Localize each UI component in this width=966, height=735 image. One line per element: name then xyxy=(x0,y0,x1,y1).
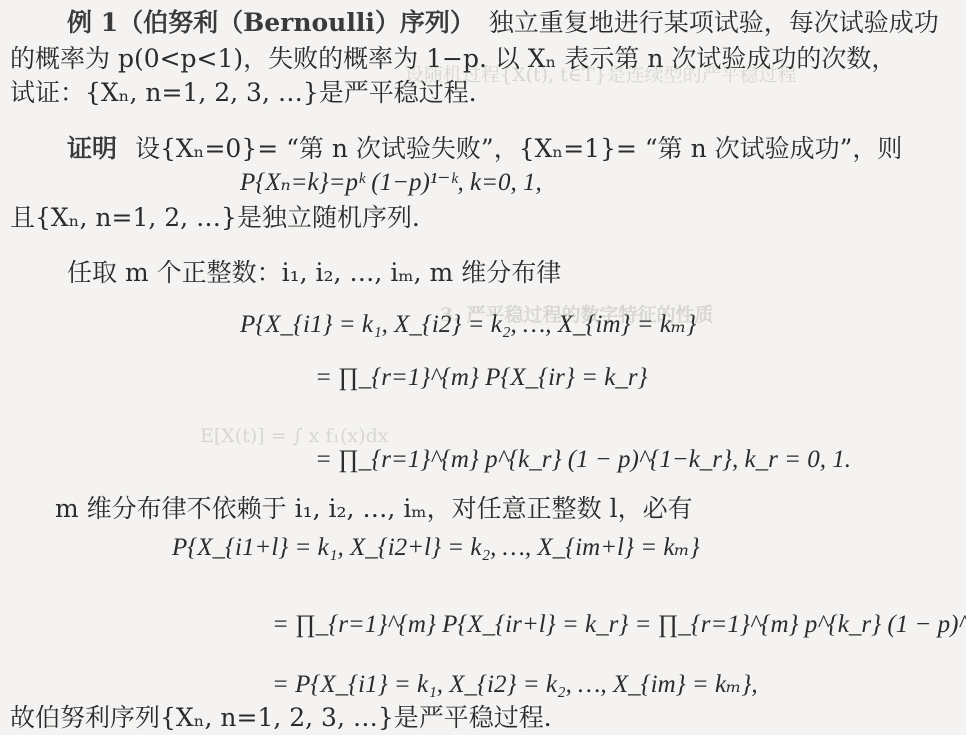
formula-product-2: = ∏_{r=1}^{m} p^{k_r} (1 − p)^{1−k_r}, k… xyxy=(315,445,851,475)
formula-joint-dist: P{X_{i1} = k₁, X_{i2} = k₂, …, X_{im} = … xyxy=(240,310,696,340)
formula-bernoulli-pmf: P{Xₙ=k}=pᵏ (1−p)¹⁻ᵏ, k=0, 1, xyxy=(240,168,542,198)
example-statement: 独立重复地进行某项试验，每次试验成功 xyxy=(489,8,939,37)
proof-line-3: 任取 m 个正整数：i₁, i₂, …, iₘ, m 维分布律 xyxy=(67,258,561,288)
formula-equality: = P{X_{i1} = k₁, X_{i2} = k₂, …, X_{im} … xyxy=(272,670,758,700)
proof-line-2: 且{Xₙ, n=1, 2, …}是独立随机序列． xyxy=(10,203,437,233)
example-label: 例 1 xyxy=(67,8,118,37)
example-line-3: 试证：{Xₙ, n=1, 2, 3, …}是严平稳过程． xyxy=(10,78,494,108)
example-line-1: 例 1（伯努利（Bernoulli）序列） 独立重复地进行某项试验，每次试验成功 xyxy=(67,8,939,38)
formula-product-1: = ∏_{r=1}^{m} P{X_{ir} = k_r} xyxy=(315,363,648,393)
proof-line-4: m 维分布律不依赖于 i₁, i₂, …, iₘ，对任意正整数 l，必有 xyxy=(55,494,693,524)
example-line-2: 的概率为 p(0<p<1)，失败的概率为 1−p. 以 Xₙ 表示第 n 次试验… xyxy=(10,44,896,74)
formula-shifted-joint-dist: P{X_{i1+l} = k₁, X_{i2+l} = k₂, …, X_{im… xyxy=(172,533,700,563)
conclusion-line: 故伯努利序列{Xₙ, n=1, 2, 3, …}是严平稳过程． xyxy=(10,703,569,733)
formula-product-3: = ∏_{r=1}^{m} P{X_{ir+l} = k_r} = ∏_{r=1… xyxy=(272,610,966,640)
proof-text: 设{Xₙ=0}= “第 n 次试验失败”，{Xₙ=1}= “第 n 次试验成功”… xyxy=(135,134,902,163)
bleed-through-text: E[X(t)] = ∫ x f₁(x)dx xyxy=(200,425,388,447)
proof-line-1: 证明 设{Xₙ=0}= “第 n 次试验失败”，{Xₙ=1}= “第 n 次试验… xyxy=(67,134,902,164)
example-title: （伯努利（Bernoulli）序列） xyxy=(118,8,475,37)
proof-label: 证明 xyxy=(67,134,117,163)
